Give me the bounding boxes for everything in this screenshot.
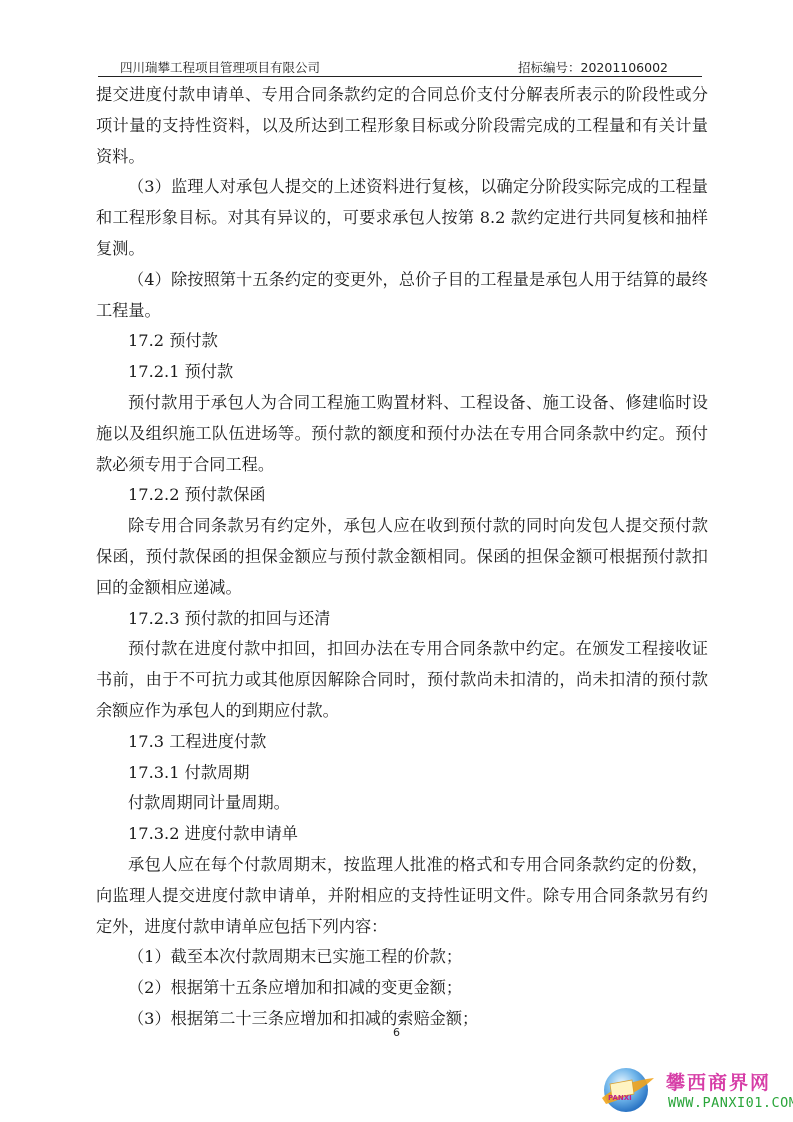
header-divider — [98, 76, 702, 77]
section-heading-17-2-2: 17.2.2 预付款保函 — [96, 480, 708, 511]
paragraph-payment-cycle: 付款周期同计量周期。 — [96, 788, 708, 819]
bid-number-value: 20201106002 — [581, 60, 668, 75]
bid-number-label: 招标编号： — [518, 60, 581, 75]
paragraph-item-4: （4）除按照第十五条约定的变更外，总价子目的工程量是承包人用于结算的最终工程量。 — [96, 265, 708, 327]
paragraph-advance-deduction: 预付款在进度付款中扣回，扣回办法在专用合同条款中约定。在颁发工程接收证书前，由于… — [96, 634, 708, 726]
paragraph-advance-guarantee: 除专用合同条款另有约定外，承包人应在收到预付款的同时向发包人提交预付款保函，预付… — [96, 511, 708, 603]
paragraph-continuation: 提交进度付款申请单、专用合同条款约定的合同总价支付分解表所表示的阶段性或分项计量… — [96, 80, 708, 172]
watermark-url: WWW.PANXI01.COM — [668, 1095, 793, 1111]
page-number: 6 — [0, 1026, 793, 1039]
section-heading-17-3-2: 17.3.2 进度付款申请单 — [96, 819, 708, 850]
company-name: 四川瑞攀工程项目管理项目有限公司 — [120, 58, 320, 76]
watermark-site-name: 攀西商界网 — [666, 1068, 771, 1095]
page-header: 四川瑞攀工程项目管理项目有限公司 招标编号：20201106002 — [98, 58, 702, 76]
list-item: （2）根据第十五条应增加和扣减的变更金额； — [96, 973, 708, 1004]
bid-number: 招标编号：20201106002 — [518, 58, 668, 76]
section-heading-17-2-1: 17.2.1 预付款 — [96, 357, 708, 388]
section-heading-17-3-1: 17.3.1 付款周期 — [96, 758, 708, 789]
document-body: 提交进度付款申请单、专用合同条款约定的合同总价支付分解表所表示的阶段性或分项计量… — [96, 80, 708, 1035]
site-watermark: PANXI 攀西商界网 WWW.PANXI01.COM — [596, 1062, 793, 1120]
section-heading-17-2-3: 17.2.3 预付款的扣回与还清 — [96, 604, 708, 635]
document-page: 四川瑞攀工程项目管理项目有限公司 招标编号：20201106002 提交进度付款… — [0, 0, 793, 1122]
section-heading-17-2: 17.2 预付款 — [96, 326, 708, 357]
list-item: （1）截至本次付款周期末已实施工程的价款； — [96, 942, 708, 973]
svg-text:PANXI: PANXI — [608, 1094, 632, 1102]
globe-logo-icon: PANXI — [596, 1064, 660, 1116]
paragraph-progress-application: 承包人应在每个付款周期末，按监理人批准的格式和专用合同条款约定的份数，向监理人提… — [96, 850, 708, 942]
paragraph-advance-payment: 预付款用于承包人为合同工程施工购置材料、工程设备、施工设备、修建临时设施以及组织… — [96, 388, 708, 480]
paragraph-item-3: （3）监理人对承包人提交的上述资料进行复核，以确定分阶段实际完成的工程量和工程形… — [96, 172, 708, 264]
section-heading-17-3: 17.3 工程进度付款 — [96, 727, 708, 758]
